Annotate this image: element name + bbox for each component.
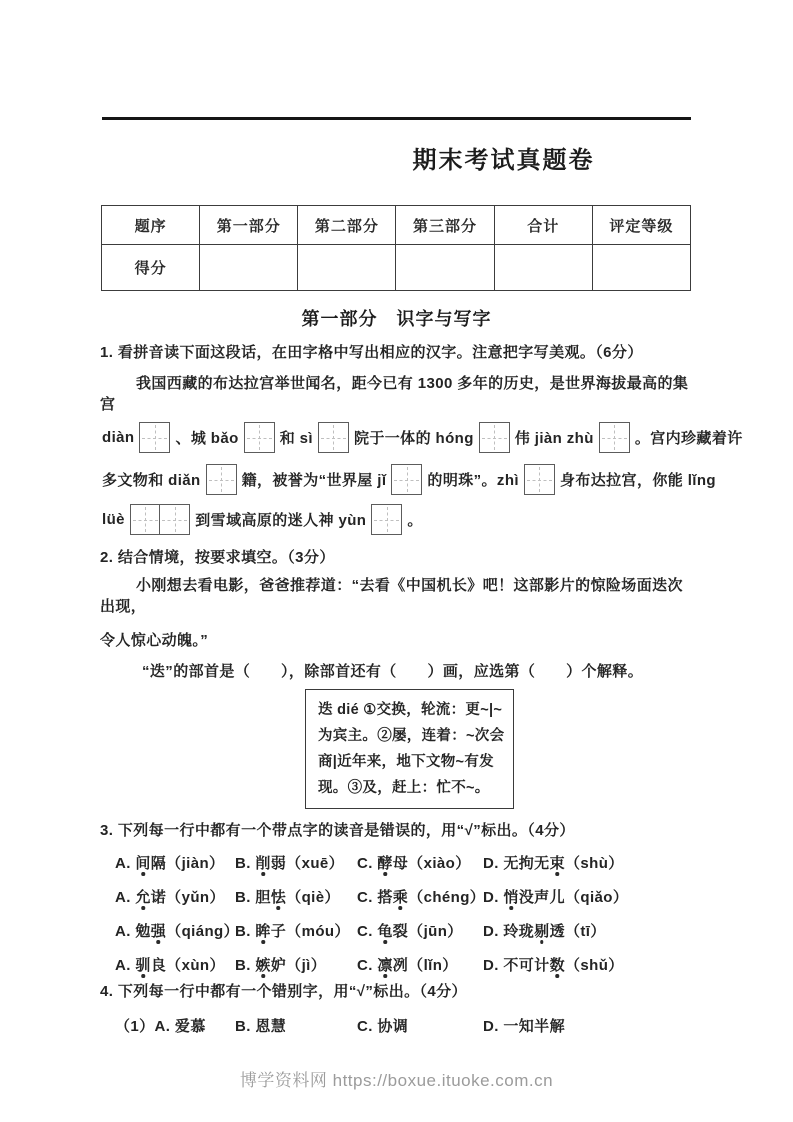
option-text: 弱（xuē） bbox=[271, 855, 344, 872]
score-table-header-cell: 合计 bbox=[494, 206, 592, 245]
page-title: 期末考试真题卷 bbox=[209, 144, 793, 177]
option-text: （qiáng） bbox=[166, 923, 239, 940]
option-text: 母（xiào） bbox=[393, 855, 471, 872]
option: A. 允诺（yǔn） bbox=[115, 886, 235, 907]
q1-pinyin-line2: diàn 、城 bǎo 和 sì 院于一体的 hóng 伟 jiàn zhù 。… bbox=[100, 422, 693, 453]
q4-stem: 4. 下列每一行中都有一个错别字，用“√”标出。（4分） bbox=[100, 981, 693, 1002]
q3-option-row-4: A. 驯良（xùn） B. 嫉妒（jì） C. 凛冽（lǐn） D. 不可计数（… bbox=[100, 947, 693, 981]
tianzige-box bbox=[479, 422, 510, 453]
option-text: 透（tī） bbox=[550, 923, 606, 940]
option-text: D. 无拘无 bbox=[483, 855, 550, 872]
dotted-char: 嫉 bbox=[255, 954, 270, 975]
pinyin-text: 和 sì bbox=[278, 427, 315, 448]
tianzige-box bbox=[391, 464, 422, 495]
score-cell-empty bbox=[396, 245, 494, 291]
dotted-char: 允 bbox=[135, 886, 150, 907]
dotted-char: 眸 bbox=[255, 920, 270, 941]
score-table-score-row: 得分 bbox=[102, 245, 691, 291]
option-text: D. 玲珑 bbox=[483, 923, 534, 940]
option-text: 没声儿（qiǎo） bbox=[519, 889, 628, 906]
option-text: C. bbox=[357, 923, 377, 940]
q3-stem: 3. 下列每一行中都有一个带点字的读音是错误的，用“√”标出。（4分） bbox=[100, 820, 693, 841]
pinyin-text: 院于一体的 hóng bbox=[352, 427, 476, 448]
tianzige-box bbox=[599, 422, 630, 453]
option-text: 妒（jì） bbox=[271, 957, 326, 974]
score-table: 题序 第一部分 第二部分 第三部分 合计 评定等级 得分 bbox=[101, 205, 691, 291]
option-text: 隔（jiàn） bbox=[151, 855, 225, 872]
q1-stem: 1. 看拼音读下面这段话，在田字格中写出相应的汉字。注意把字写美观。（6分） bbox=[100, 342, 693, 363]
section-heading: 第一部分 识字与写字 bbox=[102, 307, 691, 332]
score-table-header-cell: 第三部分 bbox=[396, 206, 494, 245]
dotted-char: 强 bbox=[151, 920, 166, 941]
option-text: （qiè） bbox=[286, 889, 340, 906]
score-table-header-cell: 评定等级 bbox=[592, 206, 690, 245]
option: D. 玲珑剔透（tī） bbox=[483, 920, 693, 941]
tianzige-box bbox=[206, 464, 237, 495]
option-text: C. bbox=[357, 957, 377, 974]
dotted-char: 悄 bbox=[503, 886, 518, 907]
dict-line: 商|近年来，地下文物~有发 bbox=[318, 749, 501, 775]
option-text: A. 爱慕 bbox=[155, 1018, 206, 1035]
dotted-char: 龟 bbox=[377, 920, 392, 941]
option: B. 胆怯（qiè） bbox=[235, 886, 357, 907]
watermark-footer: 博学资料网 https://boxue.ituoke.com.cn bbox=[0, 1066, 793, 1091]
q3-option-row-1: A. 间隔（jiàn） B. 削弱（xuē） C. 酵母（xiào） D. 无拘… bbox=[100, 845, 693, 879]
option-text: D. 不可计 bbox=[483, 957, 550, 974]
option: C. 龟裂（jūn） bbox=[357, 920, 483, 941]
pinyin-text: 的明珠”。zhì bbox=[425, 469, 521, 490]
pinyin-text: 多文物和 diǎn bbox=[100, 469, 203, 490]
option-text: （chéng） bbox=[408, 889, 485, 906]
option: C. 凛冽（lǐn） bbox=[357, 954, 483, 975]
q1-pinyin-line4: lüè 到雪域高原的迷人神 yùn 。 bbox=[100, 504, 693, 535]
option: D. 无拘无束（shù） bbox=[483, 852, 693, 873]
option: D. 不可计数（shǔ） bbox=[483, 954, 693, 975]
tianzige-box bbox=[139, 422, 170, 453]
tianzige-box bbox=[318, 422, 349, 453]
option: C. 协调 bbox=[357, 1015, 483, 1036]
option-text: C. 搭 bbox=[357, 889, 393, 906]
dotted-char: 怯 bbox=[271, 886, 286, 907]
tianzige-box bbox=[159, 504, 190, 535]
dotted-char: 乘 bbox=[393, 886, 408, 907]
pinyin-text: 身布达拉宫，你能 lǐng bbox=[558, 469, 718, 490]
dotted-char: 削 bbox=[255, 852, 270, 873]
option-text: B. 胆 bbox=[235, 889, 271, 906]
score-table-header-cell: 题序 bbox=[102, 206, 200, 245]
option-text: 裂（jūn） bbox=[393, 923, 463, 940]
option: D. 一知半解 bbox=[483, 1015, 693, 1036]
dotted-char: 剔 bbox=[534, 920, 549, 941]
q2-stem: 2. 结合情境，按要求填空。（3分） bbox=[100, 547, 693, 568]
option-text: D. bbox=[483, 889, 503, 906]
pinyin-text: lüè bbox=[100, 511, 127, 528]
dotted-char: 间 bbox=[135, 852, 150, 873]
q2-line1: 小刚想去看电影，爸爸推荐道：“去看《中国机长》吧！这部影片的惊险场面迭次出现， bbox=[100, 575, 693, 617]
option: D. 悄没声儿（qiǎo） bbox=[483, 886, 693, 907]
top-divider bbox=[102, 117, 691, 120]
option: B. 恩慧 bbox=[235, 1015, 357, 1036]
tianzige-box bbox=[371, 504, 402, 535]
pinyin-text: 。 bbox=[405, 509, 424, 530]
score-cell-empty bbox=[494, 245, 592, 291]
dotted-char: 凛 bbox=[377, 954, 392, 975]
pinyin-text: 到雪域高原的迷人神 yùn bbox=[193, 509, 368, 530]
dotted-char: 驯 bbox=[135, 954, 150, 975]
option-text: C. bbox=[357, 855, 377, 872]
option: B. 嫉妒（jì） bbox=[235, 954, 357, 975]
row-number: （1） bbox=[115, 1018, 155, 1035]
q1-pinyin-line3: 多文物和 diǎn 籍，被誉为“世界屋 jǐ 的明珠”。zhì 身布达拉宫，你能… bbox=[100, 464, 693, 495]
q2-blanks-line: “迭”的部首是（ ），除部首还有（ ）画，应选第（ ）个解释。 bbox=[100, 661, 693, 682]
dotted-char: 数 bbox=[550, 954, 565, 975]
option-text: B. bbox=[235, 855, 255, 872]
q4-option-row-1: （1）A. 爱慕 B. 恩慧 C. 协调 D. 一知半解 bbox=[100, 1008, 693, 1042]
score-table-header-cell: 第一部分 bbox=[200, 206, 298, 245]
dict-line: 现。③及，赶上：忙不~。 bbox=[318, 775, 501, 801]
pinyin-text: 籍，被誉为“世界屋 jǐ bbox=[240, 469, 389, 490]
tianzige-box bbox=[524, 464, 555, 495]
option-text: B. bbox=[235, 923, 255, 940]
option-text: A. bbox=[115, 855, 135, 872]
score-cell-empty bbox=[298, 245, 396, 291]
option: B. 眸子（móu） bbox=[235, 920, 357, 941]
option: C. 搭乘（chéng） bbox=[357, 886, 483, 907]
option: （1）A. 爱慕 bbox=[115, 1015, 235, 1036]
q3-option-row-2: A. 允诺（yǔn） B. 胆怯（qiè） C. 搭乘（chéng） D. 悄没… bbox=[100, 879, 693, 913]
pinyin-text: 。宫内珍藏着许 bbox=[633, 427, 745, 448]
q1-paragraph-line1: 我国西藏的布达拉宫举世闻名，距今已有 1300 多年的历史，是世界海拔最高的集宫 bbox=[100, 373, 693, 415]
option-text: A. bbox=[115, 889, 135, 906]
option-text: 诺（yǔn） bbox=[151, 889, 225, 906]
option: A. 间隔（jiàn） bbox=[115, 852, 235, 873]
option-text: 良（xùn） bbox=[151, 957, 225, 974]
option: A. 勉强（qiáng） bbox=[115, 920, 235, 941]
option-text: B. bbox=[235, 957, 255, 974]
pinyin-text: 、城 bǎo bbox=[173, 427, 240, 448]
option-text: 子（móu） bbox=[271, 923, 350, 940]
option-text: A. bbox=[115, 957, 135, 974]
option-text: （shù） bbox=[565, 855, 624, 872]
score-table-header-row: 题序 第一部分 第二部分 第三部分 合计 评定等级 bbox=[102, 206, 691, 245]
option: C. 酵母（xiào） bbox=[357, 852, 483, 873]
option: A. 驯良（xùn） bbox=[115, 954, 235, 975]
dictionary-entry-box: 迭 dié ①交换，轮流：更~|~ 为宾主。②屡，连着：~次会 商|近年来，地下… bbox=[305, 689, 514, 809]
tianzige-box bbox=[244, 422, 275, 453]
score-cell-empty bbox=[200, 245, 298, 291]
option-text: （shǔ） bbox=[565, 957, 624, 974]
tianzige-box bbox=[130, 504, 161, 535]
dotted-char: 束 bbox=[550, 852, 565, 873]
dotted-char: 酵 bbox=[377, 852, 392, 873]
pinyin-text: 伟 jiàn zhù bbox=[513, 427, 596, 448]
option-text: 冽（lǐn） bbox=[393, 957, 458, 974]
dict-line: 为宾主。②屡，连着：~次会 bbox=[318, 723, 501, 749]
q3-option-row-3: A. 勉强（qiáng） B. 眸子（móu） C. 龟裂（jūn） D. 玲珑… bbox=[100, 913, 693, 947]
score-cell-empty bbox=[592, 245, 690, 291]
pinyin-text: diàn bbox=[100, 429, 136, 446]
option-text: A. 勉 bbox=[115, 923, 151, 940]
q2-line2: 令人惊心动魄。” bbox=[100, 630, 693, 651]
option: B. 削弱（xuē） bbox=[235, 852, 357, 873]
score-table-header-cell: 第二部分 bbox=[298, 206, 396, 245]
dict-line: 迭 dié ①交换，轮流：更~|~ bbox=[318, 697, 501, 723]
exam-page: 期末考试真题卷 题序 第一部分 第二部分 第三部分 合计 评定等级 得分 第一部… bbox=[0, 0, 793, 1122]
score-row-label: 得分 bbox=[102, 245, 200, 291]
